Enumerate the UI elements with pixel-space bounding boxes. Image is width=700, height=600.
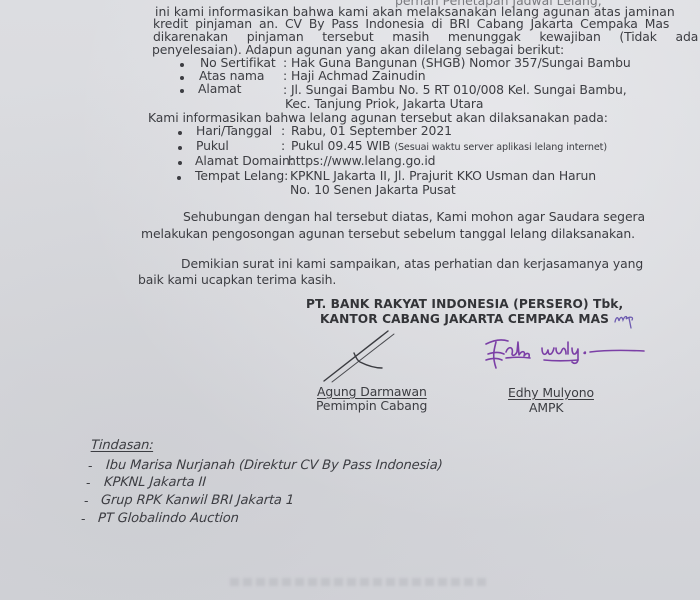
schedule-value: KPKNL Jakarta II, Jl. Prajurit KKO Usman… — [290, 170, 596, 182]
cc-dash: - — [86, 477, 90, 489]
bullet-icon — [177, 176, 181, 180]
schedule-time: Pukul 09.45 WIB — [291, 138, 390, 153]
bullet-icon — [180, 89, 184, 93]
signer-title-edhy: AMPK — [529, 402, 563, 414]
bullet-icon — [180, 76, 184, 80]
schedule-colon: : — [281, 125, 285, 137]
schedule-label: Pukul — [196, 140, 229, 152]
closing-paragraph-line-1: Demikian surat ini kami sampaikan, atas … — [181, 258, 643, 270]
bullet-icon — [178, 161, 182, 165]
initials-paraf-icon — [612, 308, 642, 330]
cc-item: KPKNL Jakarta II — [104, 477, 207, 489]
schedule-value: Rabu, 01 September 2021 — [291, 125, 452, 137]
closing-paragraph-line-2: baik kami ucapkan terima kasih. — [138, 274, 336, 286]
signer-title-agung: Pemimpin Cabang — [316, 400, 427, 412]
request-paragraph-line-1: Sehubungan dengan hal tersebut diatas, K… — [183, 211, 645, 223]
cc-dash: - — [88, 460, 92, 472]
cc-item: PT Globalindo Auction — [98, 513, 240, 525]
collateral-value-line2: Kec. Tanjung Priok, Jakarta Utara — [285, 98, 483, 110]
bullet-icon — [178, 146, 182, 150]
cc-dash: - — [84, 495, 88, 507]
collateral-value: Haji Achmad Zainudin — [291, 70, 426, 82]
collateral-colon: : — [283, 70, 287, 82]
schedule-value-line2: No. 10 Senen Jakarta Pusat — [290, 184, 456, 196]
signer-name-edhy: Edhy Mulyono — [508, 387, 594, 399]
signature-agung-icon — [316, 328, 416, 384]
collateral-value: Jl. Sungai Bambu No. 5 RT 010/008 Kel. S… — [291, 84, 627, 96]
signature-edhy-icon — [482, 334, 652, 376]
schedule-label: Tempat Lelang: — [195, 170, 288, 182]
collateral-label: Alamat — [198, 83, 241, 95]
cc-heading: Tindasan: — [91, 440, 154, 452]
bullet-icon — [178, 131, 182, 135]
signature-org-line-2: KANTOR CABANG JAKARTA CEMPAKA MAS — [320, 313, 609, 325]
bullet-icon — [180, 63, 184, 67]
cc-dash: - — [81, 513, 85, 525]
schedule-label: Alamat Domain: — [195, 155, 294, 167]
schedule-time-note: (Sesuai waktu server aplikasi lelang int… — [394, 142, 607, 153]
auction-domain-link[interactable]: https://www.lelang.go.id — [288, 155, 435, 167]
collateral-colon: : — [283, 84, 287, 96]
bleed-through-texture — [230, 578, 490, 586]
signer-name-agung: Agung Darmawan — [317, 386, 427, 398]
signature-org-line-1: PT. BANK RAKYAT INDONESIA (PERSERO) Tbk, — [306, 298, 623, 310]
schedule-label: Hari/Tanggal — [196, 125, 272, 137]
cc-item: Ibu Marisa Nurjanah (Direktur CV By Pass… — [106, 460, 443, 472]
request-paragraph-line-2: melakukan pengosongan agunan tersebut se… — [141, 228, 635, 240]
cc-item: Grup RPK Kanwil BRI Jakarta 1 — [101, 495, 295, 507]
schedule-colon: : — [281, 140, 285, 152]
